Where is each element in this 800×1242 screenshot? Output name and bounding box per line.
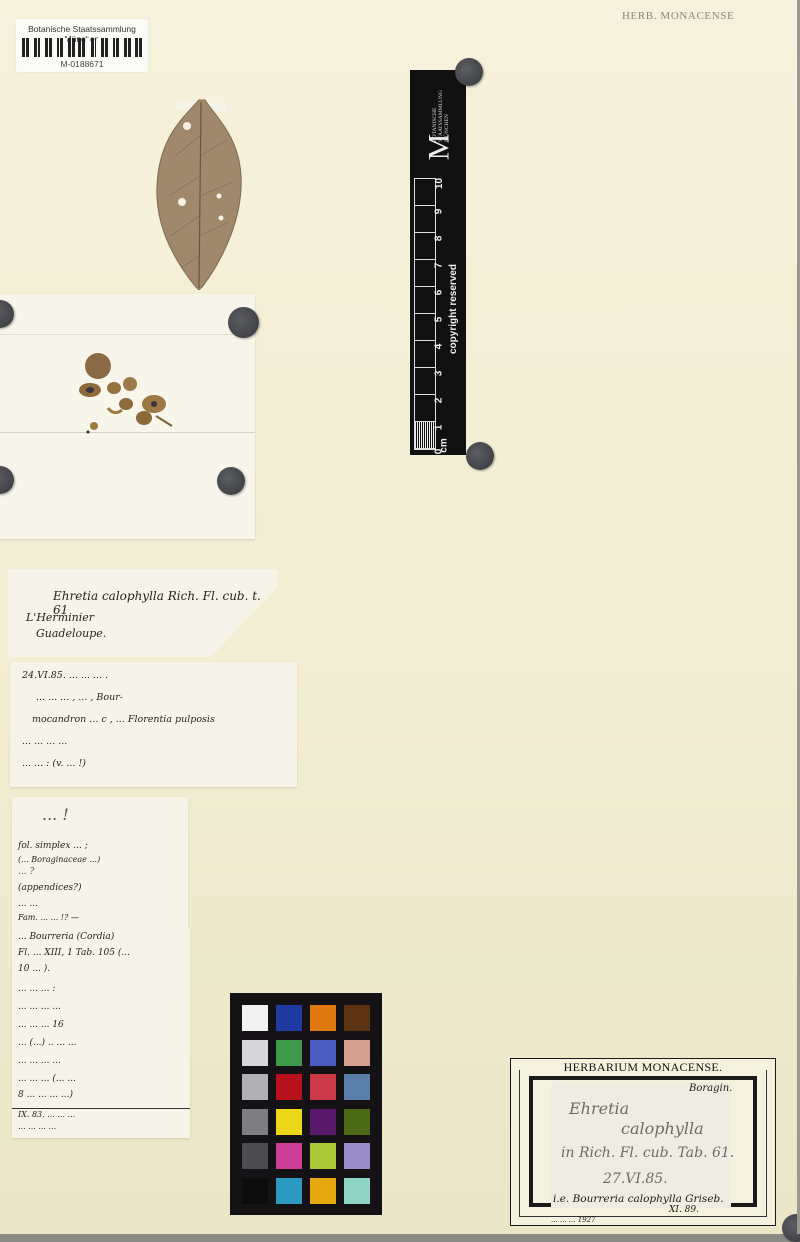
- color-swatch: [310, 1109, 336, 1135]
- herbarium-sheet: HERB. MONACENSE Botanische Staatssammlun…: [0, 0, 797, 1234]
- collection-date: 27.VI.85.: [603, 1171, 668, 1187]
- color-swatch: [276, 1040, 302, 1066]
- reference: in Rich. Fl. cub. Tab. 61.: [561, 1145, 734, 1161]
- color-swatch: [276, 1143, 302, 1169]
- magnet: [466, 442, 494, 470]
- herbarium-label: HERBARIUM MONACENSE. Boragin. Ehretia ca…: [510, 1058, 776, 1226]
- magnet: [217, 467, 245, 495]
- taxon-epithet: calophylla: [621, 1119, 704, 1138]
- magnet: [228, 307, 259, 338]
- color-swatch: [344, 1109, 370, 1135]
- ruler-scale: [414, 178, 436, 450]
- color-swatch: [344, 1178, 370, 1204]
- color-swatch: [344, 1143, 370, 1169]
- color-swatch: [242, 1143, 268, 1169]
- notes-slip-lower: ... Bourreria (Cordia) Fl. ... XIII, 1 T…: [12, 928, 190, 1138]
- ruler-numbers: 10 9 8 7 6 5 4 3 2 1 0: [436, 178, 448, 453]
- annotation-note: 24.VI.85. ... ... ... . ... ... ... , ..…: [10, 662, 297, 787]
- color-swatch: [310, 1074, 336, 1100]
- color-swatch: [242, 1005, 268, 1031]
- leaf-specimen: [155, 96, 243, 290]
- color-swatch: [242, 1074, 268, 1100]
- color-swatch: [276, 1109, 302, 1135]
- color-swatch: [310, 1005, 336, 1031]
- color-calibration-chart: [230, 993, 382, 1215]
- fruit-fragments: [74, 348, 184, 438]
- color-swatch: [242, 1040, 268, 1066]
- revision: i.e. Bourreria calophylla Griseb.: [553, 1193, 724, 1205]
- revision-date: XI. 89.: [669, 1205, 699, 1215]
- magnet: [455, 58, 483, 86]
- family-name: Boragin.: [689, 1083, 732, 1094]
- color-swatch: [310, 1178, 336, 1204]
- fruit-packet: [0, 294, 255, 539]
- unit-label: cm: [439, 438, 450, 452]
- taxon-genus: Ehretia: [569, 1099, 629, 1118]
- color-swatch: [276, 1074, 302, 1100]
- ruler-institution: BOTANISCHE STAATSSAMMLUNG MÜNCHEN: [432, 90, 450, 142]
- color-swatch: [344, 1074, 370, 1100]
- copyright-text: copyright reserved: [448, 264, 459, 354]
- barcode-icon: [22, 38, 142, 57]
- color-swatch: [310, 1040, 336, 1066]
- color-swatch: [344, 1040, 370, 1066]
- color-swatch: [344, 1005, 370, 1031]
- header-stamp: HERB. MONACENSE: [622, 10, 734, 22]
- determination-slip: Ehretia calophylla Rich. Fl. cub. t. 61 …: [8, 569, 278, 657]
- color-swatch: [276, 1178, 302, 1204]
- specimen-id: M-0188671: [16, 59, 148, 69]
- color-swatch: [242, 1109, 268, 1135]
- barcode-label: Botanische Staatssammlung München M-0188…: [16, 19, 148, 72]
- label-footer: ... ... ... 1927: [551, 1216, 596, 1224]
- color-swatch: [310, 1143, 336, 1169]
- color-swatch: [276, 1005, 302, 1031]
- notes-slip-upper: ... ! fol. simplex ... ; (... Boraginace…: [12, 797, 188, 929]
- color-swatch: [242, 1178, 268, 1204]
- scale-ruler: M BOTANISCHE STAATSSAMMLUNG MÜNCHEN 10 9…: [410, 70, 466, 455]
